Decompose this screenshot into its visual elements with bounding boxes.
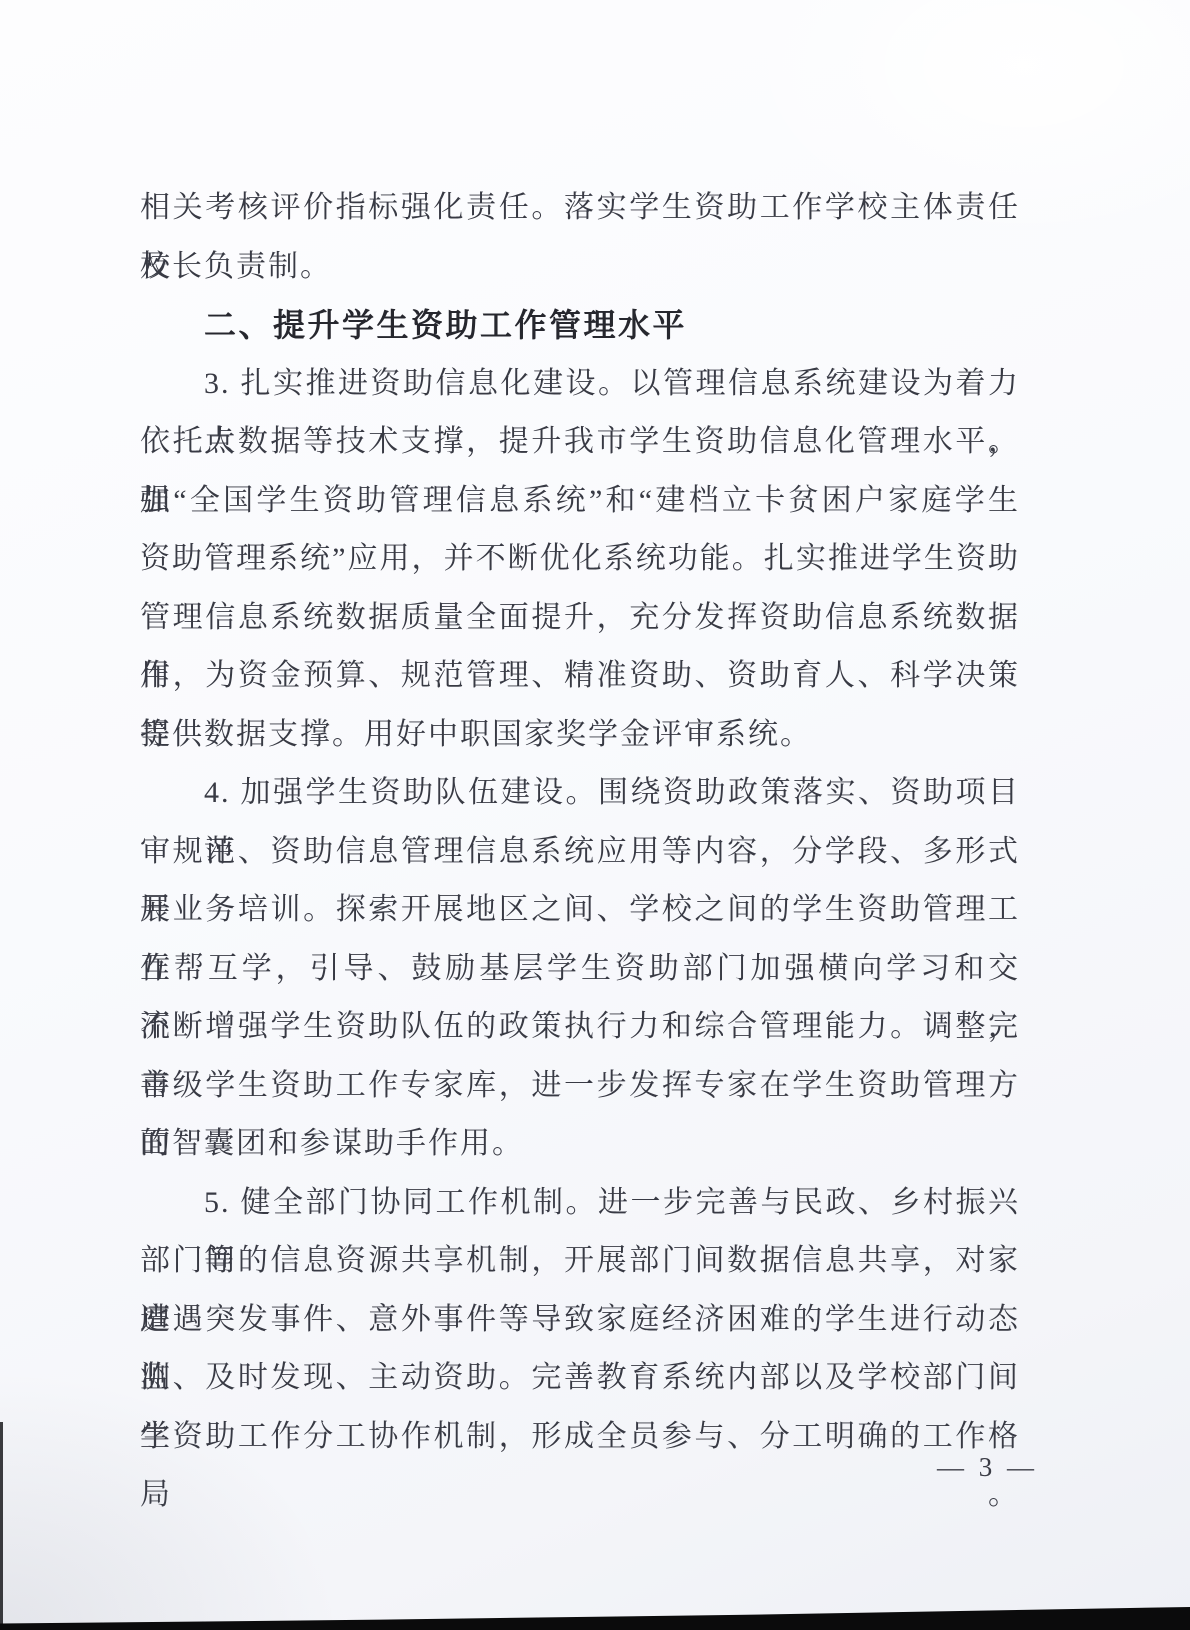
text-line: 的智囊团和参谋助手作用。 [140,1115,1020,1174]
text-line: 提供数据支撑。用好中职国家奖学金评审系统。 [140,706,1020,765]
text-line: 依托大数据等技术支撑，提升我市学生资助信息化管理水平。加 [140,413,1020,472]
text-line: 相关考核评价指标强化责任。落实学生资助工作学校主体责任及 [140,179,1020,238]
scanned-document-page: 相关考核评价指标强化责任。落实学生资助工作学校主体责任及 校长负责制。 二、提升… [0,0,1190,1630]
section-heading: 二、提升学生资助工作管理水平 [140,296,1020,355]
text-line: 测、及时发现、主动资助。完善教育系统内部以及学校部门间学 [140,1349,1020,1408]
text-line: 审规范、资助信息管理信息系统应用等内容，分学段、多形式开 [140,823,1020,882]
page-number: — 3 — [937,1452,1038,1483]
document-body: 相关考核评价指标强化责任。落实学生资助工作学校主体责任及 校长负责制。 二、提升… [140,179,1020,1466]
text-line: 校长负责制。 [140,238,1020,297]
text-line: 5. 健全部门协同工作机制。进一步完善与民政、乡村振兴等 [140,1174,1020,1233]
scan-edge-left-line [0,1422,3,1630]
text-line: 用，为资金预算、规范管理、精准资助、资助育人、科学决策等 [140,647,1020,706]
text-line: 遭遇突发事件、意外事件等导致家庭经济困难的学生进行动态监 [140,1291,1020,1350]
text-line: 资助管理系统”应用，并不断优化系统功能。扎实推进学生资助 [140,530,1020,589]
text-line: 4. 加强学生资助队伍建设。围绕资助政策落实、资助项目评 [140,764,1020,823]
text-line: 管理信息系统数据质量全面提升，充分发挥资助信息系统数据作 [140,589,1020,648]
text-line: 生资助工作分工协作机制，形成全员参与、分工明确的工作格局。 [140,1408,1020,1467]
scan-edge-bottom-band [0,1594,1190,1630]
text-line: 展业务培训。探索开展地区之间、学校之间的学生资助管理工作 [140,881,1020,940]
text-line: 3. 扎实推进资助信息化建设。以管理信息系统建设为着力点， [140,355,1020,414]
text-line: 互帮互学，引导、鼓励基层学生资助部门加强横向学习和交流， [140,940,1020,999]
text-line: 部门间的信息资源共享机制，开展部门间数据信息共享，对家庭 [140,1232,1020,1291]
text-line: 市级学生资助工作专家库，进一步发挥专家在学生资助管理方面 [140,1057,1020,1116]
text-line: 不断增强学生资助队伍的政策执行力和综合管理能力。调整完善 [140,998,1020,1057]
text-line: 强“全国学生资助管理信息系统”和“建档立卡贫困户家庭学生 [140,472,1020,531]
